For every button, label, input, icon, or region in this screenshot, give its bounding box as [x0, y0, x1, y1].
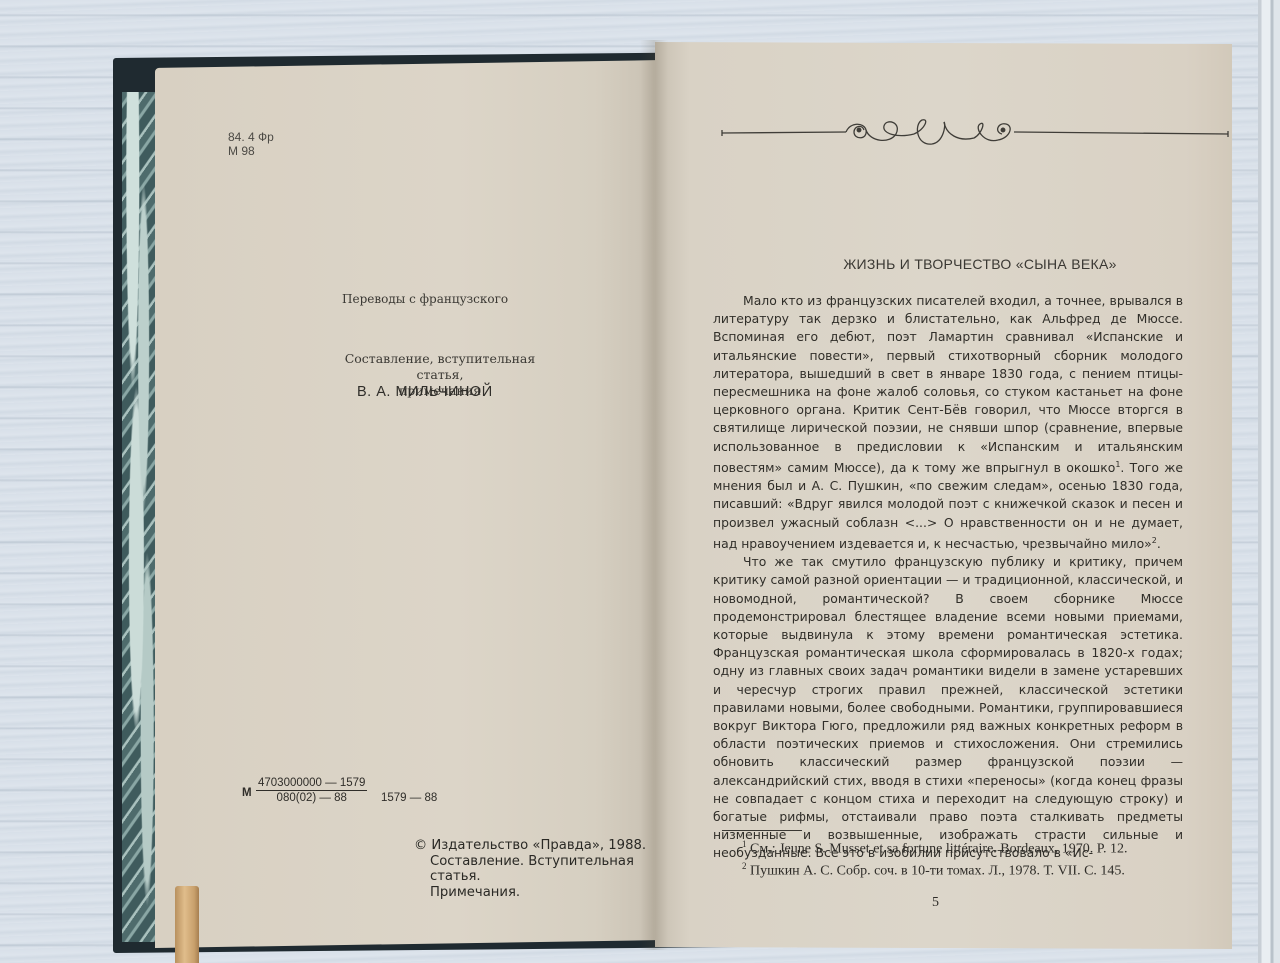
copyright-line: Составление. Вступительная статья.	[414, 854, 684, 885]
footnote: 1 См.: Jeune S. Musset et sa fortune lit…	[716, 836, 1186, 858]
paragraph: Мало кто из французских писателей входил…	[713, 292, 1183, 553]
footnote-divider	[722, 830, 802, 831]
copyright-notice: © Издательство «Правда», 1988. Составлен…	[414, 838, 684, 900]
flourish-divider-icon	[718, 112, 1238, 152]
left-page	[155, 60, 655, 948]
compilation-note-line: Составление, вступительная статья,	[320, 351, 560, 383]
catalog-fraction: 4703000000 — 1579 080(02) — 88	[256, 777, 367, 804]
paragraph: Что же так смутило французскую публику и…	[713, 553, 1183, 862]
ruler-edge	[1258, 0, 1280, 963]
footnote: 2 Пушкин А. С. Собр. соч. в 10-ти томах.…	[716, 858, 1186, 880]
paragraph-text: Мало кто из французских писателей входил…	[713, 293, 1183, 475]
compiler-name: В. А. МИЛЬЧИНОЙ	[357, 384, 493, 400]
catalog-prefix: М	[242, 787, 252, 799]
catalog-numerator: 4703000000 — 1579	[256, 777, 367, 791]
footnote-mark: 1	[742, 839, 747, 849]
copyright-line: Примечания.	[414, 885, 684, 901]
chapter-title: ЖИЗНЬ И ТВОРЧЕСТВО «СЫНА ВЕКА»	[720, 256, 1240, 272]
paragraph-text: .	[1157, 536, 1161, 551]
wooden-stick	[175, 886, 199, 963]
catalog-suffix: 1579 — 88	[381, 792, 437, 804]
library-code-line: М 98	[228, 144, 274, 158]
library-classification-code: 84. 4 Фр М 98	[228, 130, 274, 158]
copyright-line: Издательство «Правда», 1988.	[431, 838, 646, 853]
book-gutter	[640, 40, 668, 950]
footnote-text: Пушкин А. С. Собр. соч. в 10-ти томах. Л…	[750, 863, 1125, 878]
footnotes: 1 См.: Jeune S. Musset et sa fortune lit…	[716, 836, 1186, 879]
footnote-text: См.: Jeune S. Musset et sa fortune litté…	[750, 842, 1127, 857]
article-body: Мало кто из французских писателей входил…	[713, 292, 1183, 863]
footnote-mark: 2	[742, 861, 747, 871]
library-code-line: 84. 4 Фр	[228, 130, 274, 144]
catalog-denominator: 080(02) — 88	[256, 791, 367, 804]
translation-note: Переводы с французского	[342, 292, 508, 306]
copyright-icon: ©	[414, 838, 427, 853]
marbled-endpaper	[122, 92, 158, 942]
page-number: 5	[932, 895, 939, 911]
